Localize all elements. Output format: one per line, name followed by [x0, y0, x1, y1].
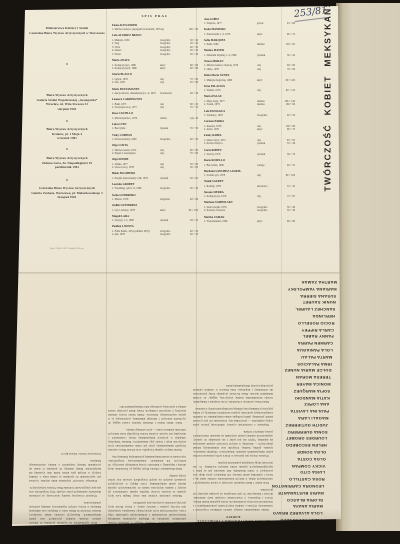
artist-entry: Irma PALACIOS 1. Ziemia, 1979 olej 90 × … [204, 85, 295, 93]
work-dimensions: 40 × 50 [278, 114, 295, 118]
work-dimensions: 30 × 40 [181, 53, 198, 57]
work-title: 1. Rośliny, 1979 [204, 185, 257, 189]
work-title: 1. Wnętrze, 1977 [204, 22, 257, 26]
work-title: 1. Bez tytułu [112, 127, 160, 131]
work-dimensions: 40 × 55 [278, 164, 295, 168]
work-title: 2. Sen, 1979 [112, 81, 160, 85]
artist-entry: Rocio ROSELLO 1. Bez tytułu, 1980 collag… [204, 159, 295, 167]
artist-entry: Sofia MARQUEZ 1. Ptaki, 1980 tkanina 120… [204, 39, 295, 47]
artist-index-name: CARMEN PARRA [280, 339, 333, 346]
work-title: 1. Portret kobiety, 1980 [112, 138, 160, 142]
artist-index-name: DULCE MARIA NUNEZ [280, 367, 331, 374]
artist-works: 1. Portret kobiety, 1980 fotografia 40 ×… [112, 138, 198, 142]
work-row: 1. Kompozycja, 1979 olej 75 × 95 [204, 195, 295, 199]
diamond-separator: ♦ [28, 178, 106, 182]
work-dimensions: 90 × 110 [278, 89, 295, 93]
work-dimensions: 100 × 80 [181, 28, 198, 32]
work-title: 1. Projekt przestrzenny I–III, 1979 [112, 177, 160, 181]
second-sheet-edge [336, 3, 400, 531]
venue-line: Centralne Biuro Wystaw Artystycznych w W… [28, 31, 106, 36]
work-title: 1. Światło gór, 1978 [204, 174, 257, 178]
work-dimensions: 50 × 60 [181, 166, 198, 170]
work-row: 1. Ziemia, 1979 olej 90 × 110 [204, 89, 295, 93]
work-technique: collage [257, 164, 278, 168]
artist-works: 1. Meksyk magiczny, 1980 akryl 80 × 100 [204, 79, 295, 83]
work-dimensions: 80 × 100 [278, 174, 295, 178]
artist-index-name: HELEN ESCOBEDO [280, 441, 327, 448]
artist-names-index: FIONA ALEXANDERLOLA ALVAREZ BRAVOMARIA A… [280, 277, 337, 524]
work-dimensions: 80 × 100 [278, 79, 295, 83]
work-row: 1. Akcja uliczna, dokumentacja 1–4, 1979… [112, 92, 198, 96]
artist-works: 1. Martwa natura z papugami i kwiatami, … [112, 28, 198, 32]
artist-entry: Paulina LAVISTA 1. Frida Kahlo, 1954 (od… [112, 225, 198, 237]
work-row: 1. Projekt przestrzenny I–III, 1979 rysu… [112, 177, 198, 181]
work-dimensions: 160 × 90 [278, 103, 295, 107]
work-title: 1. Wrestling, cykl 1–6, 1980 [112, 187, 160, 191]
artist-entry: Sonia GUERRERO 1. Miasto, 1979 serigrafi… [112, 194, 198, 202]
work-row: 1. Siostry, 1979 rysunek 56 × 76 [204, 153, 295, 157]
work-technique: olej [160, 166, 181, 170]
work-title: 1. Martwa natura z papugami i kwiatami, … [112, 28, 160, 32]
work-technique: rysunek [160, 127, 181, 131]
work-title: 1. Bez tytułu, 1980 [204, 164, 257, 168]
artist-works: 1. Jabłka, 1977 olej 50 × 60 2. Owoce no… [112, 163, 198, 170]
artist-index-name: MARTHA ZAMAK [280, 278, 337, 285]
artist-index-name: MAGALI LARA [280, 414, 328, 421]
work-dimensions: 65 × 80 [181, 81, 198, 85]
artist-works: 1. Siostry, 1979 rysunek 56 × 76 [204, 153, 295, 157]
work-row: 2. Akt, 1978 fotografia 40 × 50 [112, 233, 198, 237]
work-technique: fotomontaż [160, 92, 181, 96]
artist-entry: Dulce Maria NUNEZ 1. Meksyk magiczny, 19… [204, 74, 295, 82]
venue-block-krakow: Biuro Wystaw ArtystycznychKraków, pl. 1 … [28, 127, 106, 141]
artist-index-name: LOLA ALVAREZ BRAVO [280, 509, 322, 516]
essay-column-3: Prace zgromadzone na wystawie pochodzą z… [29, 277, 101, 524]
essay-paragraph: Wystawa obecna jest pierwszą w Polsce pr… [193, 429, 273, 457]
work-technique: akryl [257, 79, 278, 83]
works-column-b: Ana LOPEZ 1. Wnętrze, 1977 gwasz 45 × 60… [204, 15, 295, 257]
artist-entry: Lola PANIAGUA 1. Struktury, 1978 fotogra… [204, 110, 295, 118]
work-row: 1. Rośliny, 1979 akwaforta 32 × 45 [204, 185, 295, 189]
artist-index-name: MARTA PALAU [280, 353, 332, 360]
artist-works: 1. Ogród, 1978 olej 70 × 90 2. Sen, 1979… [112, 78, 198, 85]
artist-works: 1. Kompozycja I, 1980 akryl 60 × 80 2. K… [112, 64, 198, 71]
work-technique: akwaforta [257, 185, 278, 189]
artist-index-name: TERESA MORAN [280, 373, 331, 380]
artist-index-name: LEONORA CARRINGTON [280, 482, 324, 489]
essay-paragraph: Maris Bustamante i Monica Mayer sięgają … [108, 454, 186, 470]
essay-heading: SZTUKA MEKSYKAŃSKA I TWÓRCZOŚĆ KOBIET [193, 514, 273, 523]
artist-entry: Helen ESCOBEDO 1. Projekt przestrzenny I… [112, 172, 198, 180]
work-row: 2. Pejzaż z Guanajuato olej 70 × 90 [112, 152, 198, 156]
artist-index-name: NUNIK SAURET [280, 299, 336, 306]
work-technique: tkanina [257, 103, 278, 107]
artist-entry: Susana SIERRA 1. Kompozycja, 1979 olej 7… [204, 191, 295, 199]
work-row: 2. Kobiety z Oaxaca fotografia 30 × 40 [204, 209, 295, 213]
artist-works: 1. Bez tytułu, 1980 collage 40 × 55 [204, 164, 295, 168]
artist-entry: Katia MANDOKI 1. Przestrzenie 1–3, 1979 … [204, 28, 295, 36]
work-technique: rysunek [257, 153, 278, 157]
artist-entry: Leonora CARRINGTON 1. Baśń, 1975 olej 60… [112, 98, 198, 110]
artist-index-name: VICKY COMPAN [280, 462, 325, 469]
work-technique: rysunek [257, 142, 278, 146]
artist-works: 1. Akcja uliczna, dokumentacja 1–4, 1979… [112, 92, 198, 96]
work-title: 2. Owoce nocy, 1978 [112, 166, 160, 170]
artist-works: 1. Przestrzenie 1–3, 1979 akryl 90 × 70 [204, 33, 295, 37]
work-title: 1. Przestrzenie 1–3, 1979 [204, 33, 257, 37]
work-row: 2. Totem, 1979 tkanina 160 × 90 [204, 103, 295, 107]
artist-works: 1. Zeszyty 1–5, 1980 rysunek 28 × 22 [112, 219, 198, 223]
artist-entry: Fanny RABEL 1. Dzieci ulicy, 1972 olej 6… [204, 134, 295, 146]
work-title: 1. Macierzyństwo, 1976 [112, 117, 160, 121]
artist-entry: Ana LOPEZ 1. Wnętrze, 1977 gwasz 45 × 60 [204, 18, 295, 26]
artist-works: 1. Ptaki, 1980 tkanina 120 × 95 [204, 43, 295, 47]
essay-column-1: SZTUKA MEKSYKAŃSKA I TWÓRCZOŚĆ KOBIET Sz… [193, 277, 273, 524]
works-list-header: SPIS PRAC [112, 14, 198, 18]
work-title: 1. Struktury, 1978 [204, 114, 257, 118]
venue-line: listopad 1981 [28, 195, 106, 200]
essay-paragraphs: Sztuka meksykańska naszego stulecia zdum… [193, 383, 273, 512]
artist-entry: Rosa CASTILLO 1. Macierzyństwo, 1976 rze… [112, 112, 198, 120]
venue-line: Centralne Biuro Wystaw Artystycznych [28, 186, 106, 191]
imprint-line: Wyd. CBWA 1981. Nakład 1500 egz. [28, 248, 106, 250]
artist-index-name: SONIA GUERRERO [280, 428, 328, 435]
work-title: 2. Kobiety z Oaxaca [204, 209, 257, 213]
work-row: 1. Struktury, 1978 fotografia 40 × 50 [204, 114, 295, 118]
artist-entry: Monica MAYER 1. Dziennik intymny 1–4, 19… [204, 49, 295, 57]
work-technique: akryl [257, 220, 278, 224]
work-dimensions: 50 × 65 [181, 177, 198, 181]
work-row: 1. Martwa natura z papugami i kwiatami, … [112, 28, 198, 32]
work-row: 1. Bez tytułu, 1980 collage 40 × 55 [204, 164, 295, 168]
work-dimensions: 40 × 50 [181, 233, 198, 237]
work-technique: rysunek [160, 177, 181, 181]
work-row: 2. Owoce nocy, 1978 olej 50 × 60 [112, 166, 198, 170]
work-title: 5. Fiesta [112, 53, 160, 57]
artist-works: 1. Moje drogi, 1977 tkanina 180 × 140 2.… [204, 100, 295, 107]
artist-works: 1. Struktury, 1978 fotografia 40 × 50 [204, 114, 295, 118]
work-dimensions: 32 × 45 [278, 185, 295, 189]
work-row: 1. Bez tytułu rysunek 35 × 50 [112, 127, 198, 131]
venue-block-wroclaw: Biuro Wystaw ArtystycznychGaleria Sztuki… [28, 93, 106, 111]
artist-entry: Judith GUTIERREZ 1. Gry i zabawy, 1978 a… [112, 204, 198, 212]
diamond-separator: ♦ [28, 147, 106, 151]
artist-index-name: ROSA CASTILLO [280, 475, 325, 482]
artist-index-name: KATIA MANDOKI [280, 394, 330, 401]
essay-paragraph: Dulce Maria Nunez i Herlinda Sanchez Lau… [108, 404, 186, 424]
artist-entry: Olga COSTA 1. Martwa natura, 1974 olej 6… [112, 144, 198, 156]
work-technique: olej [257, 174, 278, 178]
work-dimensions: 30 × 40 [278, 209, 295, 213]
essay-paragraph: Marta Palau, urodzona w Katalonii, od la… [193, 383, 273, 403]
artist-index-name: GLORIA BLASCO [280, 496, 323, 503]
artist-index-name: HERLINDA [280, 312, 335, 319]
work-dimensions: 90 × 70 [278, 128, 295, 132]
work-title: 1. Dziennik intymny 1–4, 1980 [204, 54, 257, 58]
work-dimensions: 35 × 50 [181, 127, 198, 131]
work-title: 1. Gry i zabawy, 1978 [112, 209, 160, 213]
work-dimensions: 60 × 80 [278, 220, 295, 224]
artist-index-name: LOLA PANIAGUA [280, 346, 333, 353]
work-title: 2. Zwierzęta nocy, 1977 [112, 106, 160, 110]
work-technique: gwasz [257, 22, 278, 26]
artist-index-name: CARLA RIPPEY [280, 326, 334, 333]
work-row: 5. Fiesta fotografia 30 × 40 [112, 53, 198, 57]
work-title: 2. Pejzaż z Guanajuato [112, 152, 160, 156]
work-technique: serigrafia [160, 198, 181, 202]
artist-index-name: FIONA ALEXANDER [280, 516, 322, 523]
work-dimensions: 70 × 90 [278, 68, 295, 72]
work-dimensions: 48 × 66 [181, 198, 198, 202]
artist-entry: Carmen PARRA 1. Katedra, 1978 olej 100 ×… [204, 120, 295, 132]
work-technique: olej [160, 81, 181, 85]
organizer-block: Ministerstwo Kultury i SztukiCentralne B… [28, 26, 106, 35]
work-dimensions: wys. 40 [181, 117, 198, 121]
work-dimensions: 30 × 40 [181, 187, 198, 191]
work-row: 1. Ptaki, 1980 tkanina 120 × 95 [204, 43, 295, 47]
artist-entry: Fiona ALEXANDER 1. Martwa natura z papug… [112, 24, 198, 32]
essay-paragraph: Młodsze pokolenie wybrało inne drogi. Ma… [108, 473, 186, 497]
artist-index-name: IRMA PALACIOS [280, 360, 332, 367]
work-row: 2. Kompozycja II, 1980 akryl 60 × 80 [112, 67, 198, 71]
artist-works: 1. Dzieci ulicy, 1972 olej 65 × 85 2. Po… [204, 139, 295, 146]
work-technique: olej [160, 152, 181, 156]
exhibition-title-vertical: TWÓRCZOŚĆ KOBIET MEKSYKAŃSKICH [323, 26, 340, 192]
artist-entry: Maria ANAYA 1. Kompozycja I, 1980 akryl … [112, 59, 198, 71]
artist-index-name: PAULINA LAVISTA [280, 407, 329, 414]
work-row: 2. Portret chłopca rysunek 35 × 48 [204, 142, 295, 146]
work-title: 1. Wspomnienie, 1980 [204, 220, 257, 224]
work-dimensions: 80 × 100 [181, 209, 198, 213]
work-row: 2. Zwierzęta nocy, 1977 olej 55 × 70 [112, 106, 198, 110]
artist-entry: Gloria BLASCO 1. Ogród, 1978 olej 70 × 9… [112, 73, 198, 85]
work-technique: tkanina [257, 43, 278, 47]
essay-column-2: Leonora Carrington, związana niegdyś z p… [108, 277, 186, 524]
work-technique: fotografia [160, 187, 181, 191]
work-title: 1. Ptaki, 1980 [204, 43, 257, 47]
work-row: 1. Macierzyństwo, 1976 rzeźba wys. 40 [112, 117, 198, 121]
work-title: 1. Kompozycja, 1979 [204, 195, 257, 199]
artist-works: 1. Frida Kahlo, 1954 (odbitka 1979) foto… [112, 230, 198, 237]
work-dimensions: 70 × 90 [181, 152, 198, 156]
artist-entry: Herlinda SANCHEZ LAUREL 1. Światło gór, … [204, 170, 295, 178]
artist-entry: Mariana YAMPOLSKY 1. Dom wiejski, 1978 f… [204, 201, 295, 213]
essay-paragraph: Osobne miejsce zajmuje fotografia. Lola … [108, 427, 186, 451]
work-technique: fotografia [257, 114, 278, 118]
artist-index-name: JUDITH GUTIERREZ [280, 421, 328, 428]
work-dimensions: 40 × 50 [181, 138, 198, 142]
work-dimensions: 56 × 76 [278, 153, 295, 157]
work-row: 2. Anioł, 1979 akryl 90 × 70 [204, 128, 295, 132]
work-dimensions: 90 × 70 [278, 33, 295, 37]
work-dimensions: 55 × 70 [181, 106, 198, 110]
diamond-separator: ♦ [28, 119, 106, 123]
work-technique: fotografia [160, 53, 181, 57]
work-technique: fotografia [160, 138, 181, 142]
venue-line: sierpień 1981 [28, 107, 106, 112]
translation-credit: Tłumaczenie tekstów: Danuta Rycerz [29, 452, 101, 455]
artist-index-name: OLGA DONDE [280, 448, 326, 455]
work-technique: akryl [257, 128, 278, 132]
work-dimensions: 120 × 95 [278, 43, 295, 47]
artist-entry: Lourdes GROBET 1. Wrestling, cykl 1–6, 1… [112, 183, 198, 191]
artist-index-name: LOURDES GROBET [280, 435, 327, 442]
artist-entry: Martha ZAMAK 1. Wspomnienie, 1980 akryl … [204, 216, 295, 224]
artist-works: 1. Meksyk, 1950 fotografia 30 × 40 2. Ta… [112, 39, 198, 57]
work-dimensions: 60 × 80 [181, 67, 198, 71]
work-technique: olej [257, 68, 278, 72]
diamond-separator: ♦ [28, 62, 106, 66]
artist-works: 1. Ziemia, 1979 olej 90 × 110 [204, 89, 295, 93]
essay-paragraph: Wystawie towarzyszy katalog opracowany n… [29, 485, 101, 497]
work-technique: rzeźba [160, 117, 181, 121]
artist-entry: Carla RIPPEY 1. Siostry, 1979 rysunek 56… [204, 149, 295, 157]
work-row: 2. Sen, 1979 olej 65 × 80 [112, 81, 198, 85]
artist-entry: Vicky COMPAN 1. Portret kobiety, 1980 fo… [112, 134, 198, 142]
work-row: 1. Dziennik intymny 1–4, 1980 rysunek 30… [204, 54, 295, 58]
artist-entry: Teresa MORAN 1. Martwa natura z muszlą, … [204, 60, 295, 72]
work-row: 1. Gry i zabawy, 1978 akryl 80 × 100 [112, 209, 198, 213]
upside-down-panel: FIONA ALEXANDERLOLA ALVAREZ BRAVOMARIA A… [29, 277, 337, 524]
work-row: 1. Światło gór, 1978 olej 80 × 100 [204, 174, 295, 178]
work-row: 1. Wrestling, cykl 1–6, 1980 fotografia … [112, 187, 198, 191]
work-title: 1. Akcja uliczna, dokumentacja 1–4, 1979 [112, 92, 160, 96]
work-dimensions: 48 × 56 [181, 92, 198, 96]
venue-block-zielona-gora: Biuro Wystaw ArtystycznychZielona Góra, … [28, 156, 106, 170]
work-title: 2. Akt, 1978 [112, 233, 160, 237]
work-title: 2. Portret chłopca [204, 142, 257, 146]
artist-index-name: MARIA ANAYA [280, 503, 323, 510]
essay-paragraph: Sztuka meksykańska naszego stulecia zdum… [193, 487, 273, 511]
artist-works: 1. Dom wiejski, 1978 fotografia 30 × 40 … [204, 206, 295, 213]
artist-works: 1. Wrestling, cykl 1–6, 1980 fotografia … [112, 187, 198, 191]
artist-works: 1. Baśń, 1975 olej 60 × 45 2. Zwierzęta … [112, 103, 198, 110]
work-technique: akryl [160, 209, 181, 213]
essay-paragraph: Prace zgromadzone na wystawie pochodzą z… [29, 500, 101, 524]
artist-works: 1. Kompozycja, 1979 olej 75 × 95 [204, 195, 295, 199]
artist-index-name: MONICA MAYER [280, 380, 331, 387]
work-title: 2. Okno, 1978 [204, 68, 257, 72]
work-technique: rysunek [257, 54, 278, 58]
work-technique: olej [160, 28, 181, 32]
artist-works: 1. Gry i zabawy, 1978 akryl 80 × 100 [112, 209, 198, 213]
artist-index-name: FANNY RABEL [280, 333, 334, 340]
work-title: 2. Anioł, 1979 [204, 128, 257, 132]
work-title: 2. Totem, 1979 [204, 103, 257, 107]
venue-line: wrzesień 1981 [28, 136, 106, 141]
work-technique: olej [257, 89, 278, 93]
artist-index-name: MARIS BUSTAMANTE [280, 489, 324, 496]
artist-index-name: LUISA CITO [280, 469, 325, 476]
artist-entry: Magali LARA 1. Zeszyty 1–5, 1980 rysunek… [112, 215, 198, 223]
work-row: 1. Zeszyty 1–5, 1980 rysunek 28 × 22 [112, 219, 198, 223]
artist-works: 1. Macierzyństwo, 1976 rzeźba wys. 40 [112, 117, 198, 121]
artist-works: 1. Katedra, 1978 olej 100 × 80 2. Anioł,… [204, 125, 295, 132]
work-technique: olej [160, 106, 181, 110]
works-column-a: Fiona ALEXANDER 1. Martwa natura z papug… [112, 21, 198, 257]
artist-entry: Olga DONDE 1. Jabłka, 1977 olej 50 × 60 … [112, 158, 198, 170]
venue-block-zacheta: Centralne Biuro Wystaw ArtystycznychGale… [28, 186, 106, 200]
artist-index-name: ANA LOPEZ [280, 401, 329, 408]
artist-works: 1. Wspomnienie, 1980 akryl 60 × 80 [204, 220, 295, 224]
work-row: 1. Wspomnienie, 1980 akryl 60 × 80 [204, 220, 295, 224]
work-title: 1. Meksyk magiczny, 1980 [204, 79, 257, 83]
work-row: 1. Wnętrze, 1977 gwasz 45 × 60 [204, 22, 295, 26]
work-row: 1. Miasto, 1979 serigrafia 48 × 66 [112, 198, 198, 202]
work-dimensions: 45 × 60 [278, 22, 295, 26]
artist-index-name: MARIANA YAMPOLSKY [280, 285, 337, 292]
work-title: 1. Ziemia, 1979 [204, 89, 257, 93]
artist-index-name: SUSANA SIERRA [280, 292, 336, 299]
artist-works: 1. Miasto, 1979 serigrafia 48 × 66 [112, 198, 198, 202]
venue-line: październik 1981 [28, 165, 106, 170]
artist-index-name: ROCIO ROSELLO [280, 319, 334, 326]
artist-works: 1. Rośliny, 1979 akwaforta 32 × 45 [204, 185, 295, 189]
artist-works: 1. Bez tytułu rysunek 35 × 50 [112, 127, 198, 131]
work-title: 1. Siostry, 1979 [204, 153, 257, 157]
work-technique: olej [257, 195, 278, 199]
work-row: 1. Przestrzenie 1–3, 1979 akryl 90 × 70 [204, 33, 295, 37]
work-dimensions: 75 × 95 [278, 195, 295, 199]
work-title: 2. Kompozycja II, 1980 [112, 67, 160, 71]
essay-paragraph: Frida Kahlo i Maria Izquierdo stworzyły … [193, 460, 273, 484]
artist-entry: Maris BUSTAMANTE 1. Akcja uliczna, dokum… [112, 88, 198, 96]
work-technique: rysunek [160, 219, 181, 223]
work-dimensions: 28 × 22 [181, 219, 198, 223]
artist-works: 1. Światło gór, 1978 olej 80 × 100 [204, 174, 295, 178]
work-dimensions: 30 × 42 [278, 54, 295, 58]
work-row: 1. Portret kobiety, 1980 fotografia 40 ×… [112, 138, 198, 142]
essay-paragraphs: Leonora Carrington, związana niegdyś z p… [108, 404, 186, 524]
work-title: 1. Zeszyty 1–5, 1980 [112, 219, 160, 223]
work-row: 2. Okno, 1978 olej 70 × 90 [204, 68, 295, 72]
artist-works: 1. Martwa natura z muszlą, 1976 olej 60 … [204, 64, 295, 71]
artist-entry: Luisa CITO 1. Bez tytułu rysunek 35 × 50 [112, 123, 198, 131]
work-technique: akryl [160, 67, 181, 71]
artist-index-name: SANCHEZ LAUREL [280, 306, 335, 313]
artist-entry: Nunik SAURET 1. Rośliny, 1979 akwaforta … [204, 180, 295, 188]
essay-paragraph: Leonora Carrington, związana niegdyś z p… [108, 500, 186, 524]
work-technique: fotografia [160, 233, 181, 237]
artist-works: 1. Dziennik intymny 1–4, 1980 rysunek 30… [204, 54, 295, 58]
essay-paragraph: Najstarsze z uczestniczek wystawy debiut… [193, 406, 273, 426]
essay-paragraphs: Prace zgromadzone na wystawie pochodzą z… [29, 458, 101, 524]
work-row: 1. Meksyk magiczny, 1980 akryl 80 × 100 [204, 79, 295, 83]
artist-index-name: SOFIA MARQUEZ [280, 387, 330, 394]
work-dimensions: 35 × 48 [278, 142, 295, 146]
artist-entry: Lola ALVAREZ BRAVO 1. Meksyk, 1950 fotog… [112, 34, 198, 56]
essay-paragraph: Pokazując twórczość trzydziestu kilku ar… [29, 458, 101, 482]
artist-works: 1. Wnętrze, 1977 gwasz 45 × 60 [204, 22, 295, 26]
work-technique: akryl [257, 33, 278, 37]
work-title: 1. Miasto, 1979 [112, 198, 160, 202]
artist-entry: Marta PALAU 1. Moje drogi, 1977 tkanina … [204, 95, 295, 107]
artist-works: 1. Projekt przestrzenny I–III, 1979 rysu… [112, 177, 198, 181]
artist-works: 1. Martwa natura, 1974 olej 60 × 80 2. P… [112, 149, 198, 156]
artist-index-name: OLGA COSTA [280, 455, 326, 462]
work-technique: fotografia [257, 209, 278, 213]
